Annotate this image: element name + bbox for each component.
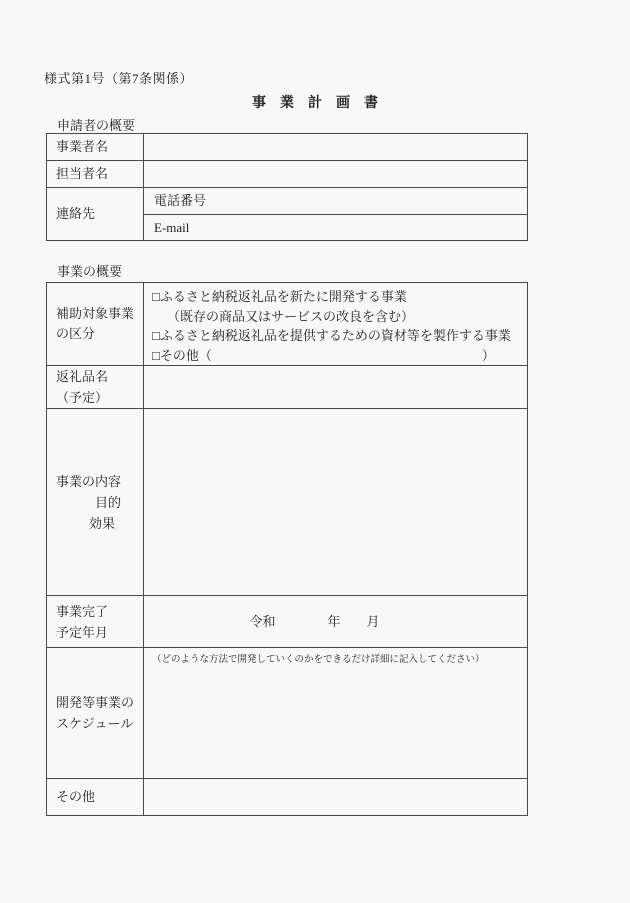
content-label-line3: 効果 xyxy=(56,513,140,534)
business-section-heading: 事業の概要 xyxy=(57,261,122,280)
other-blank-field xyxy=(144,779,528,816)
table-row: 事業の内容 目的 効果 xyxy=(47,409,528,596)
contact-person-label: 担当者名 xyxy=(47,161,144,188)
category-options-cell: □ふるさと納税返礼品を新たに開発する事業 （既存の商品又はサービスの改良を含む）… xyxy=(144,283,528,366)
gift-name-label: 返礼品名 （予定） xyxy=(47,366,144,409)
category-option-1: □ふるさと納税返礼品を新たに開発する事業 xyxy=(152,287,523,307)
content-blank-field xyxy=(144,409,528,596)
schedule-label: 開発等事業の スケジュール xyxy=(47,648,144,779)
contact-label: 連絡先 xyxy=(47,188,144,241)
content-label-line2: 目的 xyxy=(56,492,140,513)
applicant-section-heading: 申請者の概要 xyxy=(57,115,135,134)
table-row: その他 xyxy=(47,779,528,816)
business-name-blank-field xyxy=(144,134,528,161)
contact-person-blank-field xyxy=(144,161,528,188)
category-option-other: □その他（） xyxy=(152,346,523,366)
checkbox-icon: □ xyxy=(152,289,160,304)
table-row: 事業者名 xyxy=(47,134,528,161)
table-row: 担当者名 xyxy=(47,161,528,188)
business-overview-table: 補助対象事業の区分 □ふるさと納税返礼品を新たに開発する事業 （既存の商品又はサ… xyxy=(46,282,528,816)
applicant-table: 事業者名 担当者名 連絡先 電話番号 E-mail xyxy=(46,133,528,241)
schedule-instruction-note: （どのような方法で開発していくのかをできるだけ詳細に記入してください） xyxy=(144,648,527,666)
completion-era-field: 令和 年 月 xyxy=(144,596,528,648)
table-row: 事業完了 予定年月 令和 年 月 xyxy=(47,596,528,648)
table-row: 返礼品名 （予定） xyxy=(47,366,528,409)
schedule-label-line2: スケジュール xyxy=(56,713,140,734)
business-name-label: 事業者名 xyxy=(47,134,144,161)
other-label: その他 xyxy=(47,779,144,816)
email-label-field: E-mail xyxy=(144,215,528,241)
checkbox-icon: □ xyxy=(152,328,160,343)
category-option-1-note: （既存の商品又はサービスの改良を含む） xyxy=(152,307,523,327)
table-row: 補助対象事業の区分 □ふるさと納税返礼品を新たに開発する事業 （既存の商品又はサ… xyxy=(47,283,528,366)
form-number: 様式第1号（第7条関係） xyxy=(44,68,193,87)
content-purpose-effect-label: 事業の内容 目的 効果 xyxy=(47,409,144,596)
completion-label-line2: 予定年月 xyxy=(56,622,140,643)
category-option-2-label: ふるさと納税返礼品を提供するための資材等を製作する事業 xyxy=(160,328,511,343)
content-label-line1: 事業の内容 xyxy=(56,471,140,492)
document-page: 様式第1号（第7条関係） 事 業 計 画 書 申請者の概要 事業者名 担当者名 … xyxy=(0,0,630,903)
category-label: 補助対象事業の区分 xyxy=(47,283,144,366)
completion-label-line1: 事業完了 xyxy=(56,601,140,622)
gift-name-blank-field xyxy=(144,366,528,409)
schedule-label-line1: 開発等事業の xyxy=(56,692,140,713)
schedule-field: （どのような方法で開発していくのかをできるだけ詳細に記入してください） xyxy=(144,648,528,779)
checkbox-icon: □ xyxy=(152,348,160,363)
table-row: 連絡先 電話番号 xyxy=(47,188,528,215)
gift-name-label-line2: （予定） xyxy=(56,387,140,408)
phone-label-field: 電話番号 xyxy=(144,188,528,215)
completion-date-label: 事業完了 予定年月 xyxy=(47,596,144,648)
category-option-other-close-paren: ） xyxy=(482,348,495,363)
document-title: 事 業 計 画 書 xyxy=(0,92,630,112)
category-option-other-label: その他（ xyxy=(160,348,212,363)
gift-name-label-line1: 返礼品名 xyxy=(56,366,140,387)
category-option-2: □ふるさと納税返礼品を提供するための資材等を製作する事業 xyxy=(152,326,523,346)
table-row: 開発等事業の スケジュール （どのような方法で開発していくのかをできるだけ詳細に… xyxy=(47,648,528,779)
category-option-1-label: ふるさと納税返礼品を新たに開発する事業 xyxy=(160,289,407,304)
